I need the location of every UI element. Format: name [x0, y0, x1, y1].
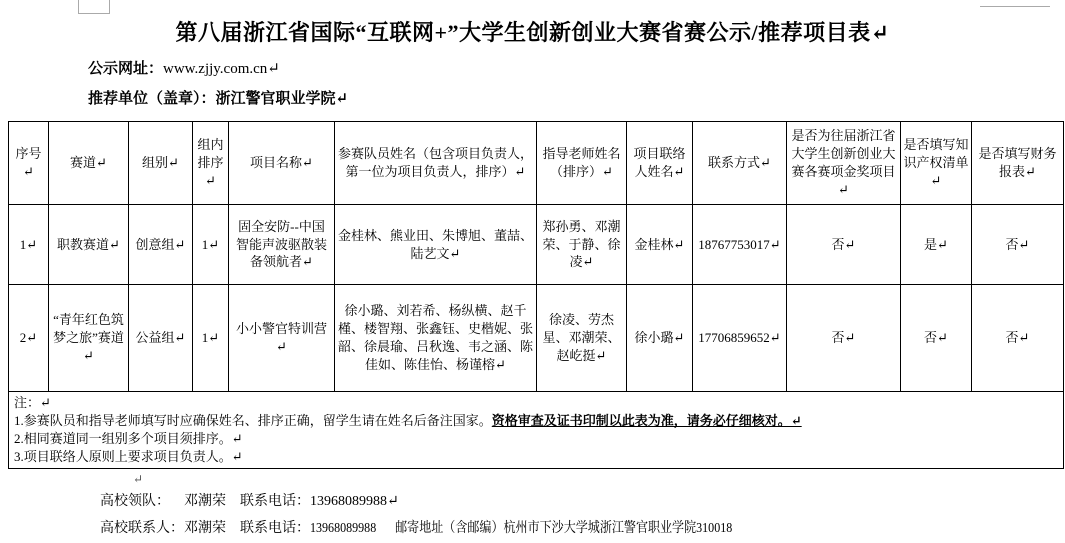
- cell-past-gold-award: 否↵: [787, 205, 901, 285]
- note-line-3: 3.项目联络人原则上要求项目负责人。↵: [14, 448, 1058, 466]
- page-margin-mark-right: [980, 6, 1050, 7]
- header-past-gold-award: 是否为往届浙江省大学生创新创业大赛各赛项金奖项目↵: [787, 122, 901, 205]
- page-title: 第八届浙江省国际“互联网+”大学生创新创业大赛省赛公示/推荐项目表↵: [0, 16, 1065, 47]
- cell-group-rank: 1↵: [193, 285, 229, 392]
- header-track: 赛道↵: [49, 122, 129, 205]
- cell-contact-phone: 17706859652↵: [693, 285, 787, 392]
- leader-phone-label: 联系电话：: [240, 494, 310, 509]
- cell-contact-person: 徐小璐↵: [627, 285, 693, 392]
- header-group: 组别↵: [129, 122, 193, 205]
- header-ip-list-filled: 是否填写知识产权清单↵: [901, 122, 972, 205]
- contact-line: 高校联系人：邓潮荣联系电话：13968089988邮寄地址（含邮编）杭州市下沙大…: [100, 518, 1065, 540]
- contact-label: 高校联系人：: [100, 521, 184, 536]
- cell-contact-person: 金桂林↵: [627, 205, 693, 285]
- table-header-row: 序号↵ 赛道↵ 组别↵ 组内排序↵ 项目名称↵ 参赛队员姓名（包含项目负责人，第…: [9, 122, 1064, 205]
- cell-ip-list-filled: 是↵: [901, 205, 972, 285]
- leader-name: 邓潮荣: [184, 494, 226, 509]
- recommend-unit-label: 推荐单位（盖章）：: [88, 91, 216, 107]
- cell-group-rank: 1↵: [193, 205, 229, 285]
- notes-cell: 注：↵ 1.参赛队员和指导老师填写时应确保姓名、排序正确，留学生请在姓名后备注国…: [9, 392, 1064, 469]
- cell-group: 创意组↵: [129, 205, 193, 285]
- address-value: 杭州市下沙大学城浙江警官职业学院310018: [504, 521, 733, 536]
- publicity-url-line: 公示网址：www.zjjy.com.cn↵: [88, 57, 1065, 78]
- header-contact-person: 项目联络人姓名↵: [627, 122, 693, 205]
- publicity-url-label: 公示网址：: [88, 61, 163, 77]
- cell-team-members: 徐小璐、刘若希、杨纵横、赵千槿、楼智翔、张鑫钰、史楷妮、张韶、徐晨瑜、吕秋逸、韦…: [335, 285, 537, 392]
- cell-track: “青年红色筑梦之旅”赛道↵: [49, 285, 129, 392]
- table-row: 2↵ “青年红色筑梦之旅”赛道↵ 公益组↵ 1↵ 小小警官特训营↵ 徐小璐、刘若…: [9, 285, 1064, 392]
- notes-row: 注：↵ 1.参赛队员和指导老师填写时应确保姓名、排序正确，留学生请在姓名后备注国…: [9, 392, 1064, 469]
- header-group-rank: 组内排序↵: [193, 122, 229, 205]
- recommend-unit-value: 浙江警官职业学院↵: [216, 91, 349, 107]
- cell-contact-phone: 18767753017↵: [693, 205, 787, 285]
- cell-advisors: 徐凌、劳杰星、邓潮荣、赵屹挺↵: [537, 285, 627, 392]
- header-advisors: 指导老师姓名（排序）↵: [537, 122, 627, 205]
- recommend-unit-line: 推荐单位（盖章）：浙江警官职业学院↵: [88, 87, 1065, 108]
- cell-serial-number: 1↵: [9, 205, 49, 285]
- leader-phone: 13968089988↵: [310, 494, 399, 509]
- address-label: 邮寄地址（含邮编）: [395, 521, 503, 536]
- cell-past-gold-award: 否↵: [787, 285, 901, 392]
- contact-phone-label: 联系电话：: [240, 521, 310, 536]
- cell-group: 公益组↵: [129, 285, 193, 392]
- cell-project-name: 固全安防--中国智能声波驱散装备领航者↵: [229, 205, 335, 285]
- cell-team-members: 金桂林、熊业田、朱博旭、董喆、陆艺文↵: [335, 205, 537, 285]
- contact-name: 邓潮荣: [184, 521, 226, 536]
- table-row: 1↵ 职教赛道↵ 创意组↵ 1↵ 固全安防--中国智能声波驱散装备领航者↵ 金桂…: [9, 205, 1064, 285]
- header-project-name: 项目名称↵: [229, 122, 335, 205]
- note-line-1-text: 1.参赛队员和指导老师填写时应确保姓名、排序正确，留学生请在姓名后备注国家。: [14, 413, 492, 428]
- header-team-members: 参赛队员姓名（包含项目负责人，第一位为项目负责人，排序）↵: [335, 122, 537, 205]
- empty-paragraph-mark: ↵: [133, 472, 1065, 486]
- note-line-1-emphasis: 资格审查及证书印制以此表为准，请务必仔细核对。↵: [492, 413, 802, 428]
- note-line-1: 1.参赛队员和指导老师填写时应确保姓名、排序正确，留学生请在姓名后备注国家。资格…: [14, 412, 1058, 430]
- page-margin-mark-left: [78, 0, 110, 14]
- contact-phone: 13968089988: [310, 521, 376, 536]
- cell-advisors: 郑孙勇、邓潮荣、于静、徐凌↵: [537, 205, 627, 285]
- projects-table: 序号↵ 赛道↵ 组别↵ 组内排序↵ 项目名称↵ 参赛队员姓名（包含项目负责人，第…: [8, 121, 1064, 469]
- header-contact-phone: 联系方式↵: [693, 122, 787, 205]
- cell-project-name: 小小警官特训营↵: [229, 285, 335, 392]
- cell-financial-report-filled: 否↵: [972, 285, 1064, 392]
- note-line-2: 2.相同赛道同一组别多个项目须排序。↵: [14, 430, 1058, 448]
- leader-line: 高校领队：邓潮荣联系电话：13968089988↵: [100, 491, 1065, 513]
- cell-ip-list-filled: 否↵: [901, 285, 972, 392]
- cell-track: 职教赛道↵: [49, 205, 129, 285]
- notes-label: 注：↵: [14, 394, 1058, 412]
- cell-financial-report-filled: 否↵: [972, 205, 1064, 285]
- header-serial-number: 序号↵: [9, 122, 49, 205]
- publicity-url-value: www.zjjy.com.cn↵: [163, 61, 280, 77]
- cell-serial-number: 2↵: [9, 285, 49, 392]
- footer-block: ↵ 高校领队：邓潮荣联系电话：13968089988↵ 高校联系人：邓潮荣联系电…: [0, 472, 1065, 540]
- header-financial-report-filled: 是否填写财务报表↵: [972, 122, 1064, 205]
- leader-label: 高校领队：: [100, 494, 170, 509]
